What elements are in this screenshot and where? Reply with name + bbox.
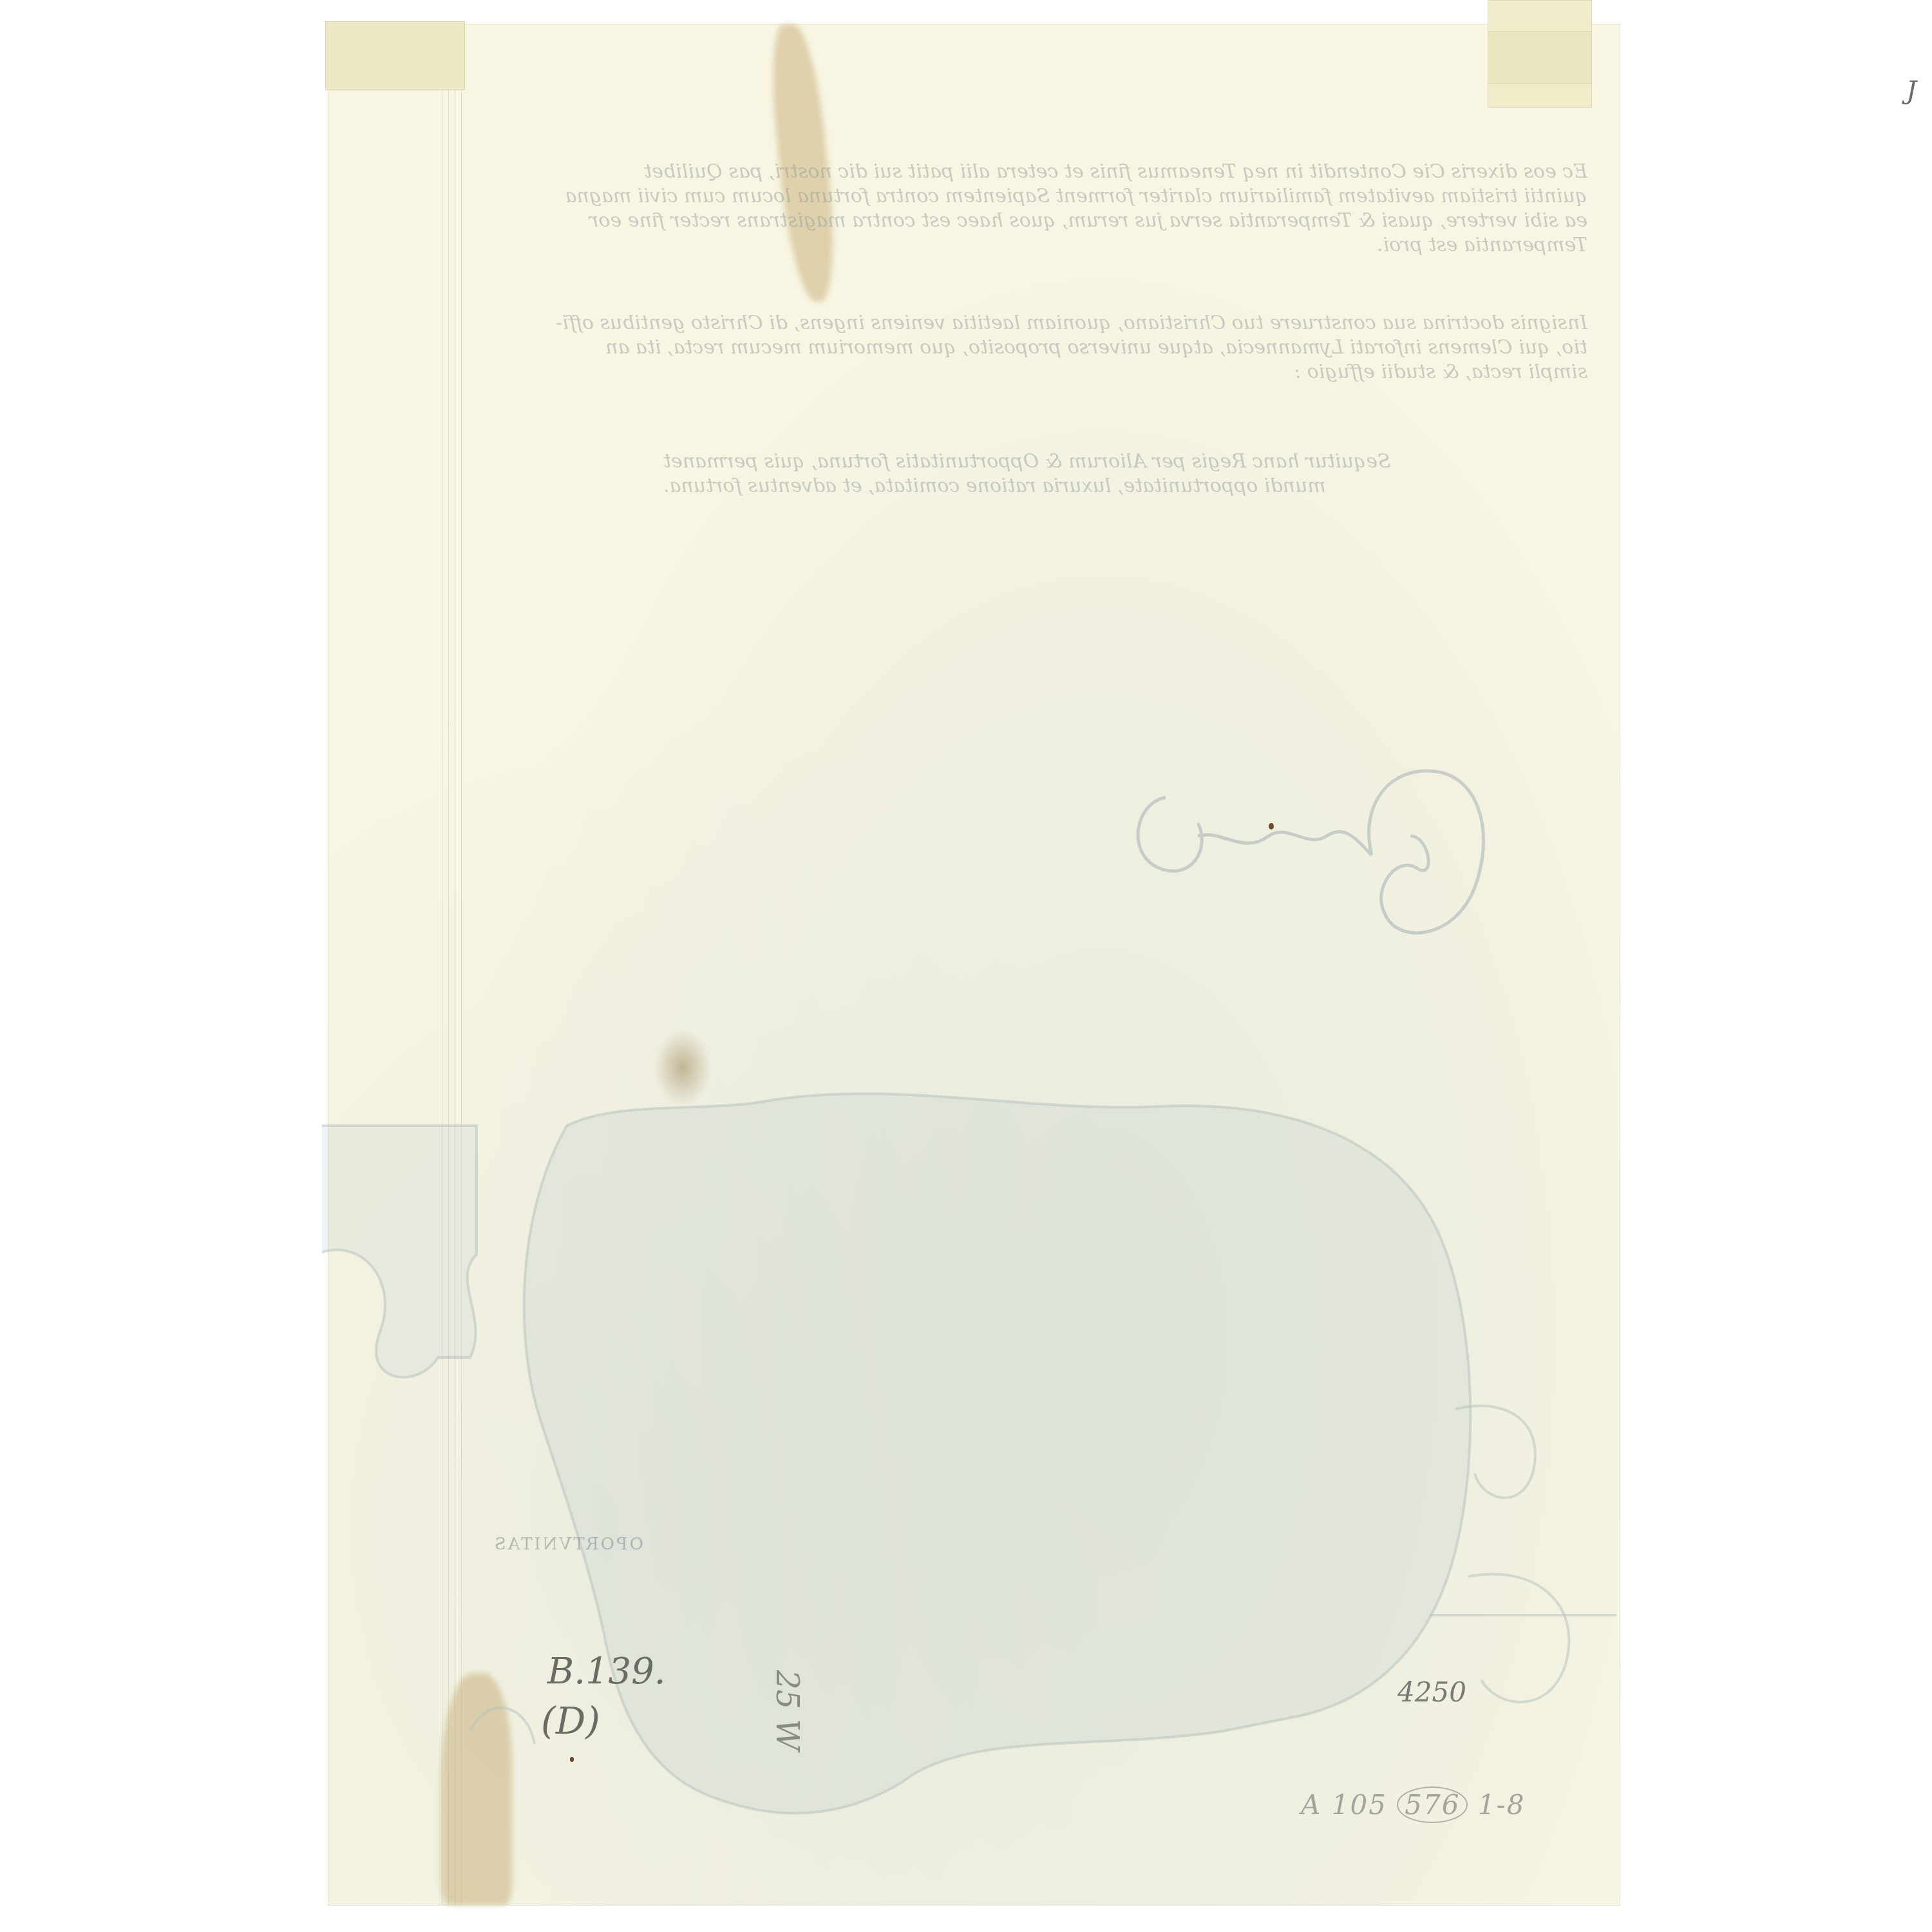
showthrough-text-block-2: Insignis doctrina sua construere tuo Chr… (493, 311, 1587, 384)
showthrough-text-block-1: Ec eos dixeris Cie Contendit in neq Tene… (493, 160, 1587, 258)
pencil-price-note: 4250 (1397, 1676, 1466, 1708)
scroll-ornament-showthrough (1114, 759, 1501, 978)
pencil-corner-mark: J (1906, 76, 1917, 106)
text-line: simpli recta, & studii effugio : (493, 360, 1587, 384)
text-line: quintii tristiam aevitatem familiarium c… (493, 184, 1587, 209)
text-line: tio, qui Clemens inforati Lymannecia, at… (493, 336, 1587, 360)
inventory-prefix: A 105 (1301, 1789, 1387, 1821)
ink-speck (1269, 823, 1274, 829)
pencil-inventory-number: A 105 576 1-8 (1301, 1789, 1525, 1821)
paper-sheet: Ec eos dixeris Cie Contendit in neq Tene… (328, 24, 1620, 1905)
inventory-circled-number: 576 (1397, 1786, 1468, 1823)
text-line: Temperantia est proi. (493, 233, 1587, 258)
text-line: ea sibi vertere, quasi & Temperantia ser… (493, 209, 1587, 233)
ink-speck (570, 1757, 574, 1762)
text-line: mundi opportunitate, luxuria ratione com… (663, 474, 1436, 498)
caption-showthrough: OPORTVNITAS (493, 1535, 643, 1554)
showthrough-text-block-3: Sequitur hanc Regis per Aliorum & Opport… (663, 450, 1436, 498)
pencil-bartsch-number: B.139. (547, 1651, 666, 1692)
engraving-showthrough-figure (322, 1087, 1616, 1860)
pencil-vertical-note: 25 W (769, 1670, 805, 1751)
text-line: Sequitur hanc Regis per Aliorum & Opport… (663, 450, 1436, 474)
text-line: Ec eos dixeris Cie Contendit in neq Tene… (493, 160, 1587, 184)
pencil-d-symbol: (D) (541, 1699, 600, 1743)
inventory-suffix: 1-8 (1478, 1789, 1526, 1821)
tape-top-right-lower (1488, 31, 1592, 84)
text-line: Insignis doctrina sua construere tuo Chr… (493, 311, 1587, 336)
tape-top-left (325, 21, 465, 90)
